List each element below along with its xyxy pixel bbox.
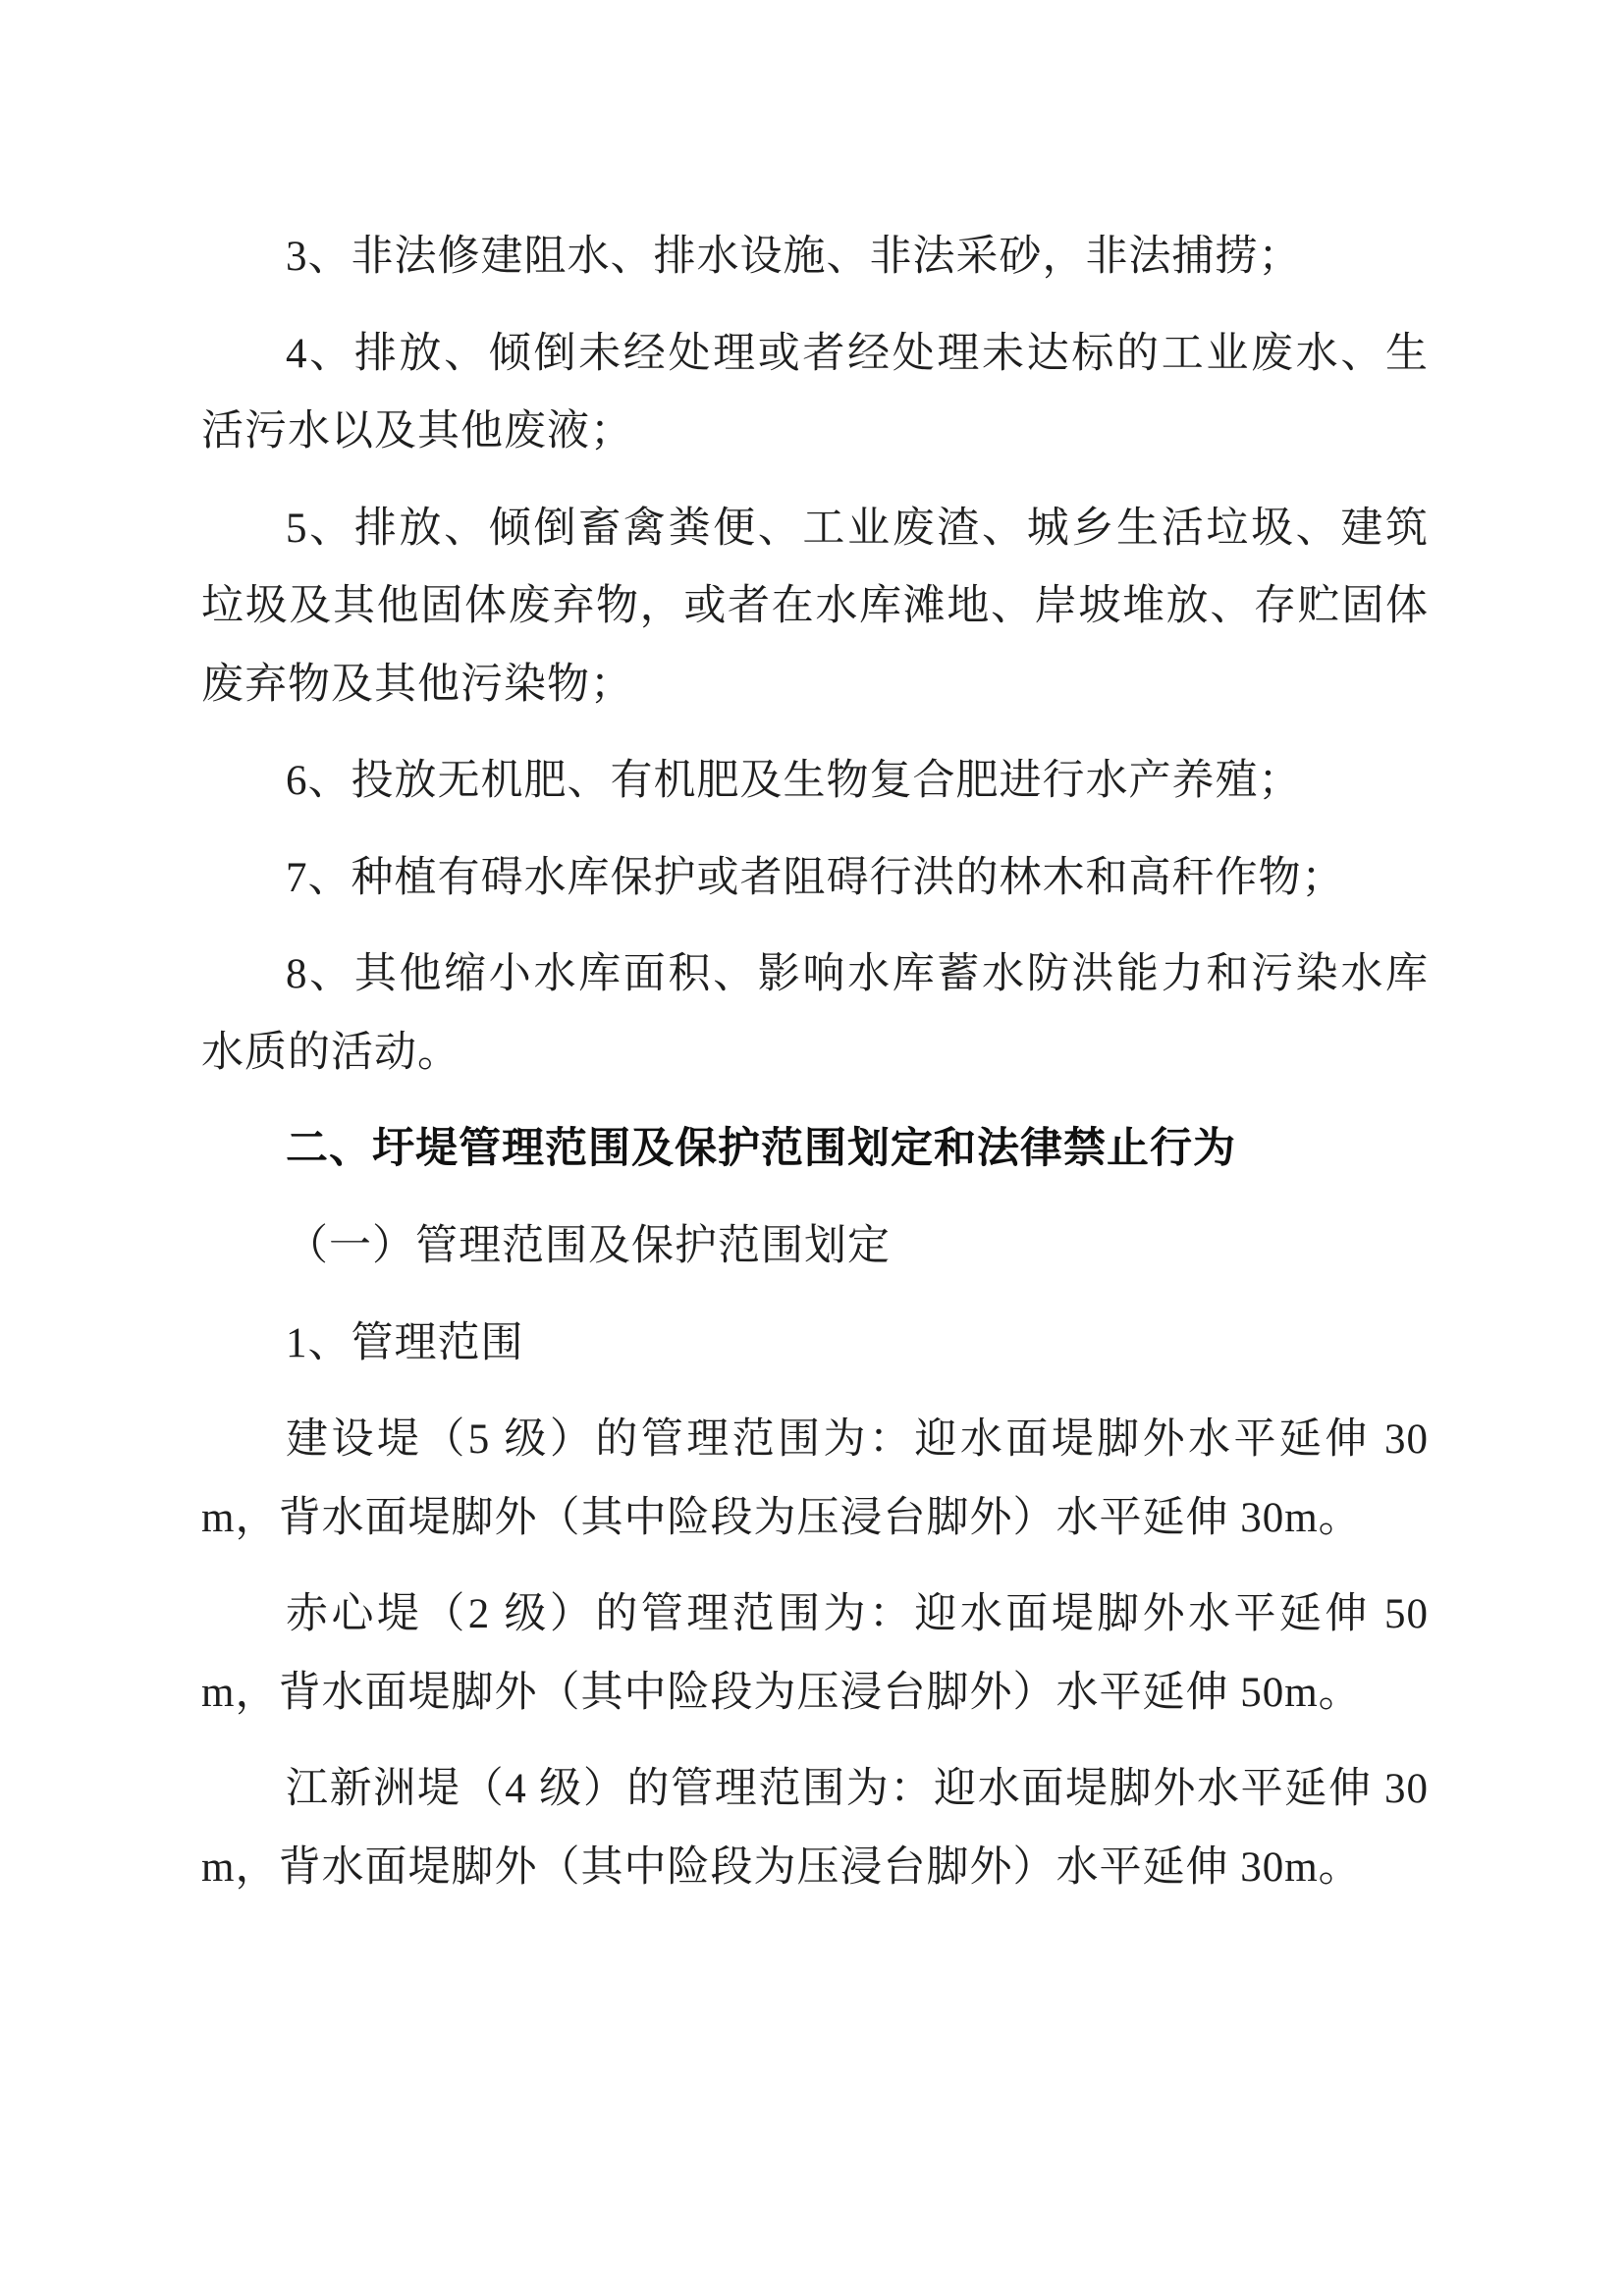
paragraph: 建设堤（5 级）的管理范围为：迎水面堤脚外水平延伸 30 m，背水面堤脚外（其中…	[201, 1401, 1429, 1557]
paragraph: 3、非法修建阻水、排水设施、非法采砂，非法捕捞；	[201, 218, 1429, 296]
section-heading: 二、圩堤管理范围及保护范围划定和法律禁止行为	[201, 1110, 1429, 1189]
paragraph: 7、种植有碍水库保护或者阻碍行洪的林木和高秆作物；	[201, 839, 1429, 918]
paragraph: 1、管理范围	[201, 1305, 1429, 1383]
paragraph: 6、投放无机肥、有机肥及生物复合肥进行水产养殖；	[201, 742, 1429, 821]
paragraph: 4、排放、倾倒未经处理或者经处理未达标的工业废水、生活污水以及其他废液；	[201, 315, 1429, 471]
paragraph: 5、排放、倾倒畜禽粪便、工业废渣、城乡生活垃圾、建筑垃圾及其他固体废弃物，或者在…	[201, 490, 1429, 724]
document-body: 3、非法修建阻水、排水设施、非法采砂，非法捕捞；4、排放、倾倒未经处理或者经处理…	[201, 218, 1429, 1925]
paragraph: （一）管理范围及保护范围划定	[201, 1207, 1429, 1286]
paragraph: 赤心堤（2 级）的管理范围为：迎水面堤脚外水平延伸 50 m，背水面堤脚外（其中…	[201, 1575, 1429, 1732]
document-page: 3、非法修建阻水、排水设施、非法采砂，非法捕捞；4、排放、倾倒未经处理或者经处理…	[0, 0, 1624, 2296]
paragraph: 8、其他缩小水库面积、影响水库蓄水防洪能力和污染水库水质的活动。	[201, 935, 1429, 1092]
paragraph: 江新洲堤（4 级）的管理范围为：迎水面堤脚外水平延伸 30 m，背水面堤脚外（其…	[201, 1750, 1429, 1906]
